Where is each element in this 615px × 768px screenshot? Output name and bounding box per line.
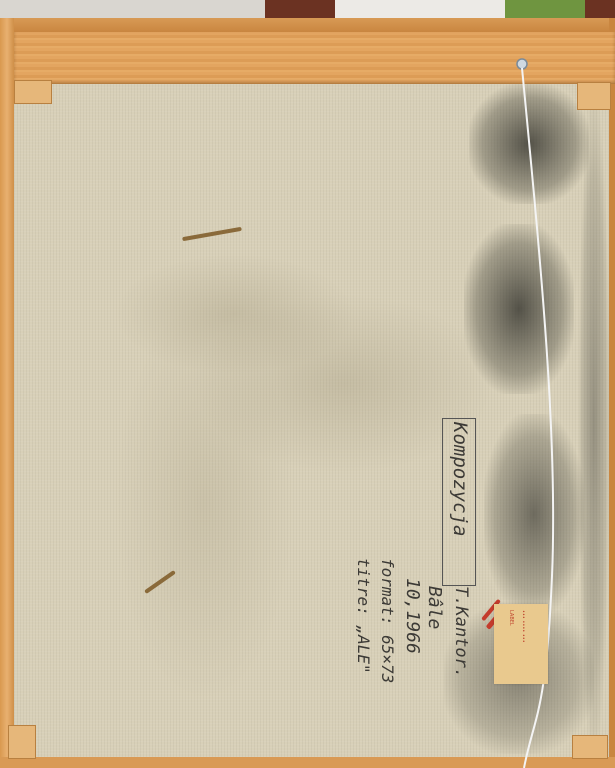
paint-stain	[579, 104, 609, 744]
stretcher-top-edge	[0, 18, 615, 32]
staple	[182, 227, 242, 241]
background-window	[335, 0, 505, 20]
inscription-format: format: 65×73	[378, 558, 397, 683]
gallery-label: LABEL ••• •••• •••	[494, 604, 548, 684]
corner-key	[8, 725, 36, 759]
corner-key	[577, 82, 611, 110]
handwritten-inscription: Kompozycja T.Kantor. Bâle 10,1966 format…	[335, 418, 485, 748]
stretcher-right-bar	[609, 18, 615, 768]
label-line: LABEL	[508, 610, 514, 626]
stretcher-left-bar	[0, 18, 14, 768]
background-door	[265, 0, 335, 20]
inscription-artist: T.Kantor.	[451, 586, 471, 678]
label-line: ••• •••• •••	[520, 610, 526, 643]
corner-key	[14, 80, 52, 104]
background-foliage	[505, 0, 585, 20]
corner-key	[572, 735, 608, 759]
inscription-place: Bâle	[424, 586, 445, 629]
inscription-titre: titre: „ALE"	[354, 558, 373, 674]
inscription-title: Kompozycja	[449, 422, 471, 536]
inscription-date: 10,1966	[402, 578, 423, 654]
background-wall	[0, 0, 265, 20]
staple	[144, 570, 176, 594]
background-frame	[585, 0, 615, 20]
